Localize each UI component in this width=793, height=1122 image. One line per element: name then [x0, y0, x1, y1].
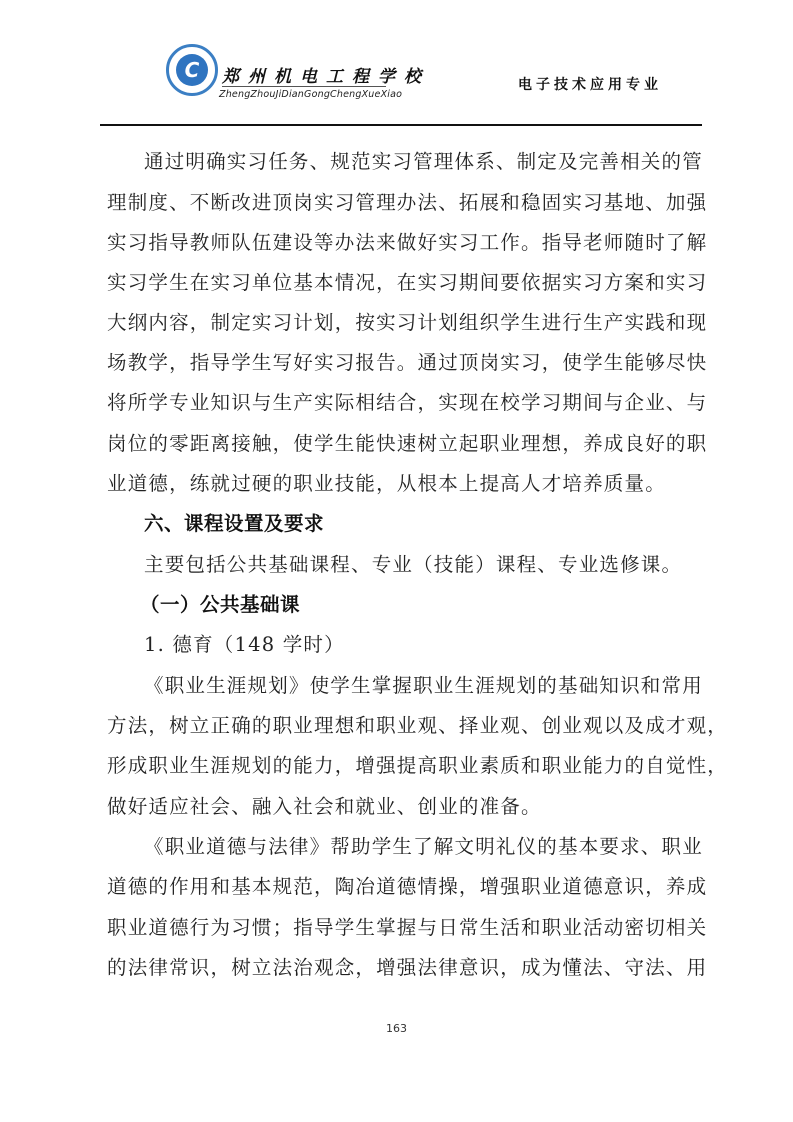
school-name-underline — [222, 86, 386, 87]
paragraph-line: 道德的作用和基本规范，陶冶道德情操，增强职业道德意识，养成 — [107, 875, 703, 899]
item-heading: 1. 德育（148 学时） — [144, 633, 740, 657]
paragraph-line: 方法，树立正确的职业理想和职业观、择业观、创业观以及成才观， — [107, 714, 703, 738]
paragraph-line: 的法律常识，树立法治观念，增强法律意识，成为懂法、守法、用 — [107, 956, 703, 980]
paragraph-line: 岗位的零距离接触，使学生能快速树立起职业理想，养成良好的职 — [107, 432, 703, 456]
paragraph-line: 《职业生涯规划》使学生掌握职业生涯规划的基础知识和常用 — [144, 674, 740, 698]
paragraph-line: 将所学专业知识与生产实际相结合，实现在校学习期间与企业、与 — [107, 391, 703, 415]
school-emblem-icon: C — [166, 44, 218, 96]
paragraph-line: 大纲内容，制定实习计划，按实习计划组织学生进行生产实践和现 — [107, 311, 703, 335]
emblem-core: C — [176, 54, 208, 86]
paragraph-line: 《职业道德与法律》帮助学生了解文明礼仪的基本要求、职业 — [144, 835, 740, 859]
page-number: 163 — [0, 1022, 793, 1035]
paragraph-line: 场教学，指导学生写好实习报告。通过顶岗实习，使学生能够尽快 — [107, 351, 703, 375]
header-divider — [100, 124, 702, 126]
paragraph-line: 职业道德行为习惯；指导学生掌握与日常生活和职业活动密切相关 — [107, 916, 703, 940]
subsection-heading: （一）公共基础课 — [140, 593, 736, 617]
school-name-cn: 郑州机电工程学校 — [222, 62, 430, 87]
emblem-letter-icon: C — [176, 58, 208, 82]
section-heading: 六、课程设置及要求 — [144, 512, 740, 536]
paragraph-line: 通过明确实习任务、规范实习管理体系、制定及完善相关的管 — [144, 150, 740, 174]
paragraph-line: 业道德，练就过硬的职业技能，从根本上提高人才培养质量。 — [107, 472, 703, 496]
paragraph-line: 实习指导教师队伍建设等办法来做好实习工作。指导老师随时了解 — [107, 231, 703, 255]
paragraph-line: 做好适应社会、融入社会和就业、创业的准备。 — [107, 795, 703, 819]
school-name-en: ZhengZhouJiDianGongChengXueXiao — [219, 89, 402, 100]
page-header: C 郑州机电工程学校 ZhengZhouJiDianGongChengXueXi… — [0, 0, 793, 130]
paragraph-line: 理制度、不断改进顶岗实习管理办法、拓展和稳固实习基地、加强 — [107, 191, 703, 215]
paragraph-line: 形成职业生涯规划的能力，增强提高职业素质和职业能力的自觉性， — [107, 754, 703, 778]
paragraph-line: 实习学生在实习单位基本情况，在实习期间要依据实习方案和实习 — [107, 271, 703, 295]
section-intro: 主要包括公共基础课程、专业（技能）课程、专业选修课。 — [144, 553, 740, 577]
major-title: 电子技术应用专业 — [518, 74, 662, 94]
